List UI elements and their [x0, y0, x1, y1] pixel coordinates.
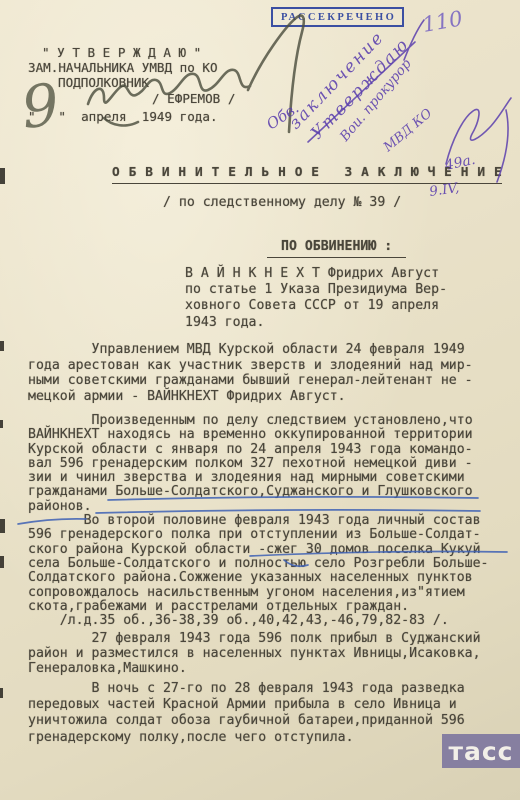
body-paragraph-3: 27 февраля 1943 года 596 полк прибыл в С…: [28, 631, 496, 677]
approver-name-line: / ЕФРЕМОВ /: [152, 92, 235, 106]
accusation-heading: ПО ОБВИНЕНИЮ :: [267, 240, 406, 258]
scan-edge-mark: [0, 168, 5, 184]
document-title: О Б В И Н И Т Е Л Ь Н О Е З А К Л Ю Ч Е …: [112, 166, 502, 184]
resolution-flourishes: [308, 20, 511, 182]
handwritten-day-numeral: 9: [18, 70, 62, 141]
approval-date-line: " " апреля 1949 года.: [28, 110, 218, 124]
case-number-line: / по следственному делу № 39 /: [163, 196, 401, 210]
accused-person-block: В А Й Н К Н Е Х Т Фридрих Август по стат…: [185, 266, 447, 331]
body-paragraph-1: Управлением МВД Курской области 24 февра…: [28, 342, 496, 404]
approver-rank-line: ПОДПОЛКОВНИК: [58, 76, 149, 90]
declassified-stamp: РАССЕКРЕЧЕНО: [271, 7, 404, 27]
body-paragraph-2: Произведенным по делу следствием установ…: [28, 414, 506, 628]
scan-edge-mark: [0, 688, 3, 698]
resolution-word-3: Утверждаю: [307, 34, 413, 143]
body-paragraph-4: В ночь с 27-го по 28 февраля 1943 года р…: [28, 681, 496, 746]
scan-edge-mark: [0, 341, 4, 351]
approval-quote-line: " У Т В Е Р Ж Д А Ю ": [42, 46, 201, 60]
scan-edge-mark: [0, 556, 4, 568]
scan-edge-mark: [0, 420, 3, 428]
handwritten-page-number: 110: [421, 6, 465, 37]
resolution-word-2: заключение: [285, 27, 388, 133]
resolution-word-1: Обв.: [263, 99, 302, 133]
approver-position-line: ЗАМ.НАЧАЛЬНИКА УМВД по КО: [28, 61, 218, 75]
scan-edge-mark: [0, 519, 5, 533]
tass-watermark: тасс: [442, 734, 520, 768]
resolution-word-5: МВД КО: [380, 106, 435, 156]
resolution-word-4: Вои. прокурор: [336, 56, 415, 146]
scanned-document-page: РАССЕКРЕЧЕНО " У Т В Е Р Ж Д А Ю " ЗАМ.Н…: [0, 0, 520, 800]
